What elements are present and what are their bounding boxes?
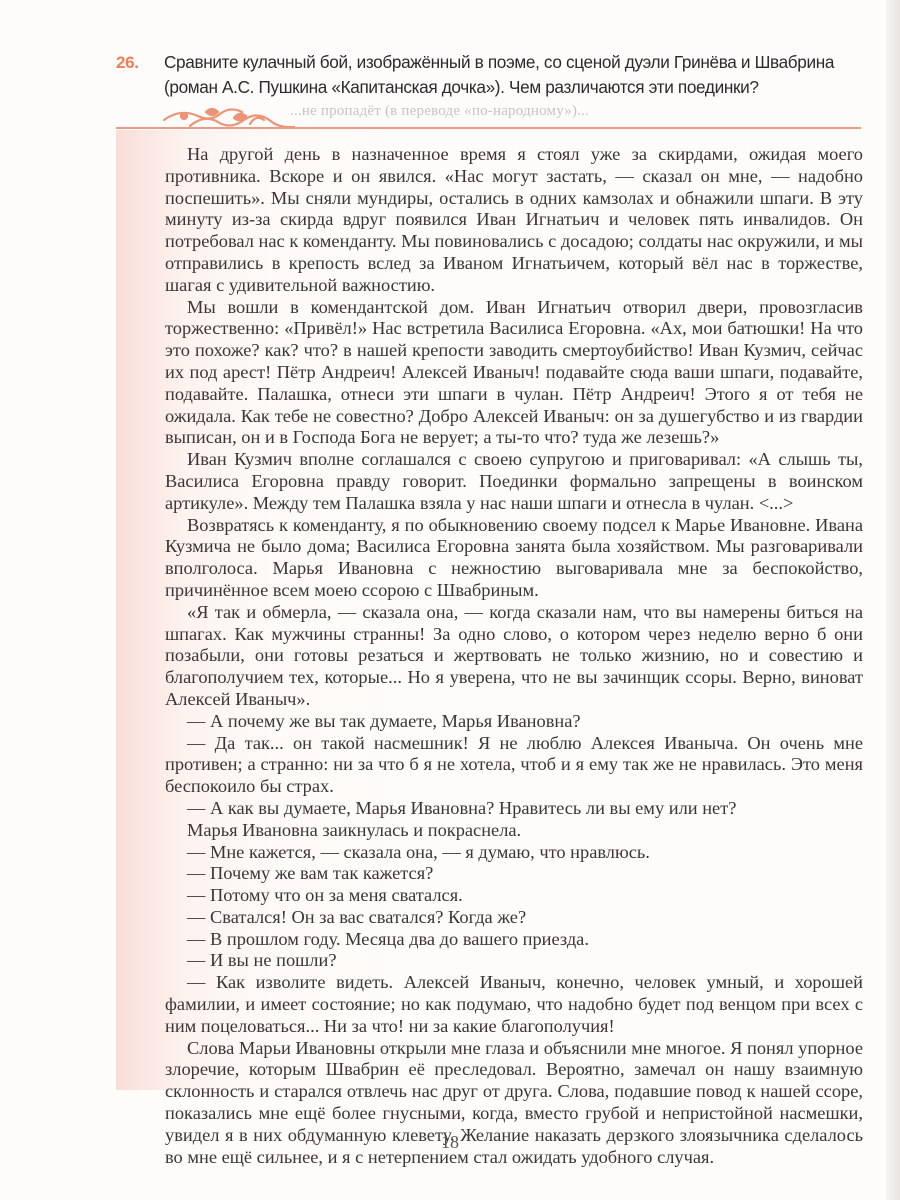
paragraph: Иван Кузмич вполне соглашался с своею су… — [165, 449, 863, 514]
dialog-line: — Да так... он такой насмешник! Я не люб… — [165, 733, 863, 798]
literary-excerpt: На другой день в назначенное время я сто… — [165, 144, 863, 1168]
paragraph: Возвратясь к коменданту, я по обыкновени… — [165, 515, 863, 602]
paragraph: Марья Ивановна заикнулась и покраснела. — [165, 820, 863, 842]
paragraph: На другой день в назначенное время я сто… — [165, 144, 863, 297]
task-text: Сравните кулачный бой, изображённый в по… — [164, 50, 890, 100]
paragraph: Мы вошли в комендантской дом. Иван Игнат… — [165, 297, 863, 450]
task-number: 26. — [116, 50, 139, 75]
paragraph: «Я так и обмерла, — сказала она, — когда… — [165, 602, 863, 711]
page-number: 18 — [0, 1132, 900, 1153]
dialog-line: — Мне кажется, — сказала она, — я думаю,… — [165, 842, 863, 864]
dialog-line: — А как вы думаете, Марья Ивановна? Нрав… — [165, 798, 863, 820]
dialog-line: — Как изволите видеть. Алексей Иваныч, к… — [165, 972, 863, 1037]
task-question: 26. Сравните кулачный бой, изображённый … — [120, 50, 890, 100]
dialog-line: — А почему же вы так думаете, Марья Иван… — [165, 711, 863, 733]
bleed-through-text: ...не пропадёт (в переводе «по-народному… — [290, 103, 589, 120]
dialog-line: — И вы не пошли? — [165, 950, 863, 972]
dialog-line: — Сватался! Он за вас сватался? Когда же… — [165, 907, 863, 929]
dialog-line: — Почему же вам так кажется? — [165, 863, 863, 885]
section-divider — [116, 127, 861, 129]
dialog-line: — В прошлом году. Месяца два до вашего п… — [165, 929, 863, 951]
dialog-line: — Потому что он за меня сватался. — [165, 885, 863, 907]
page-edge — [886, 0, 900, 1200]
